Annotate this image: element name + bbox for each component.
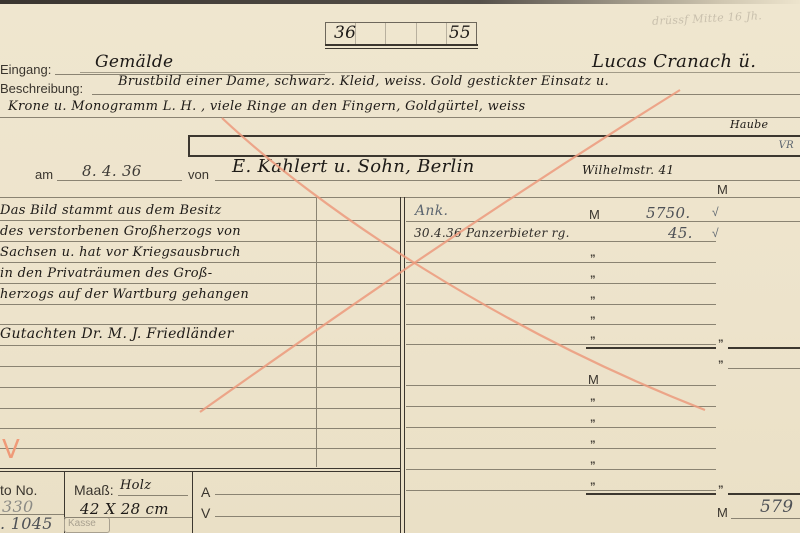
ditto-mark: ” bbox=[590, 253, 595, 265]
ditto-mark: ” bbox=[590, 439, 595, 451]
ledger-entry-1-text: Ank. bbox=[415, 203, 448, 219]
ditto-mark: ” bbox=[718, 359, 723, 371]
expert-opinion: Gutachten Dr. M. J. Friedländer bbox=[0, 326, 234, 342]
ledger-entry-1-amount: 5750. bbox=[646, 204, 690, 222]
artist-name: Lucas Cranach ü. bbox=[592, 51, 756, 72]
framed-field-box: VR bbox=[188, 135, 800, 157]
top-right-pencil-note: drüssf Mitte 16 Jh. bbox=[652, 9, 763, 28]
note-line-2: des verstorbenen Großherzogs von bbox=[0, 224, 241, 239]
beschreibung-label: Beschreibung: bbox=[0, 81, 83, 96]
maass-material: Holz bbox=[120, 478, 151, 493]
ditto-mark: ” bbox=[590, 274, 595, 286]
von-address: Wilhelmstr. 41 bbox=[582, 163, 674, 177]
note-line-1: Das Bild stammt aus dem Besitz bbox=[0, 203, 222, 218]
ledger-entry-1-check: √ bbox=[712, 205, 719, 219]
foto-no-label: to No. bbox=[0, 482, 37, 498]
am-label: am bbox=[35, 167, 53, 182]
ledger-total-currency: M bbox=[717, 505, 728, 520]
ledger-m-top: M bbox=[717, 182, 728, 197]
eingang-label: Eingang: bbox=[0, 62, 51, 77]
ditto-mark: ” bbox=[590, 315, 595, 327]
v-label: V bbox=[201, 505, 210, 521]
ditto-mark: ” bbox=[718, 484, 723, 496]
ditto-mark: ” bbox=[718, 338, 723, 350]
ditto-mark: ” bbox=[590, 481, 595, 493]
note-line-3: Sachsen u. hat vor Kriegsausbruch bbox=[0, 245, 241, 260]
ditto-mark: ” bbox=[590, 397, 595, 409]
card-top-edge bbox=[0, 0, 800, 4]
ledger-m-mid: M bbox=[588, 372, 599, 387]
a-label: A bbox=[201, 484, 210, 500]
red-check-mark: V bbox=[2, 435, 20, 465]
von-dealer: E. Kahlert u. Sohn, Berlin bbox=[232, 156, 475, 177]
card-number-right: 55 bbox=[449, 23, 471, 43]
ledger-entry-2-amount: 45. bbox=[668, 224, 693, 242]
maass-dimensions: 42 X 28 cm bbox=[80, 500, 169, 518]
maass-label: Maaß: bbox=[74, 482, 114, 498]
number-underline-2 bbox=[325, 48, 478, 49]
kasse-stamp: Kasse bbox=[64, 517, 110, 533]
box-note: VR bbox=[779, 140, 794, 151]
ditto-mark: ” bbox=[590, 295, 595, 307]
ditto-mark: ” bbox=[590, 418, 595, 430]
beschreibung-line-1: Brustbild einer Dame, schwarz. Kleid, we… bbox=[118, 74, 609, 89]
card-number-left: 36 bbox=[334, 23, 356, 43]
ditto-mark: ” bbox=[590, 460, 595, 472]
ledger-entry-2-check: √ bbox=[712, 226, 719, 240]
number-underline bbox=[325, 44, 478, 46]
von-label: von bbox=[188, 167, 209, 182]
ledger-entry-1-currency: M bbox=[589, 207, 600, 222]
am-date: 8. 4. 36 bbox=[82, 162, 142, 180]
eingang-value: Gemälde bbox=[95, 52, 173, 72]
ledger-entry-2-text: 30.4.36 Panzerbieter rg. bbox=[414, 226, 570, 240]
beschreibung-line-3: Haube bbox=[730, 118, 768, 131]
foto-no-value-2: . 1045 bbox=[0, 514, 53, 533]
note-line-5: herzogs auf der Wartburg gehangen bbox=[0, 287, 249, 302]
beschreibung-line-2: Krone u. Monogramm L. H. , viele Ringe a… bbox=[8, 99, 525, 114]
card-number-box: 36 55 bbox=[325, 22, 477, 44]
ditto-mark: ” bbox=[590, 335, 595, 347]
inventory-card: 36 55 drüssf Mitte 16 Jh. Eingang: Gemäl… bbox=[0, 0, 800, 533]
ledger-total: 579 bbox=[760, 497, 793, 517]
note-line-4: in den Privaträumen des Groß- bbox=[0, 266, 213, 281]
